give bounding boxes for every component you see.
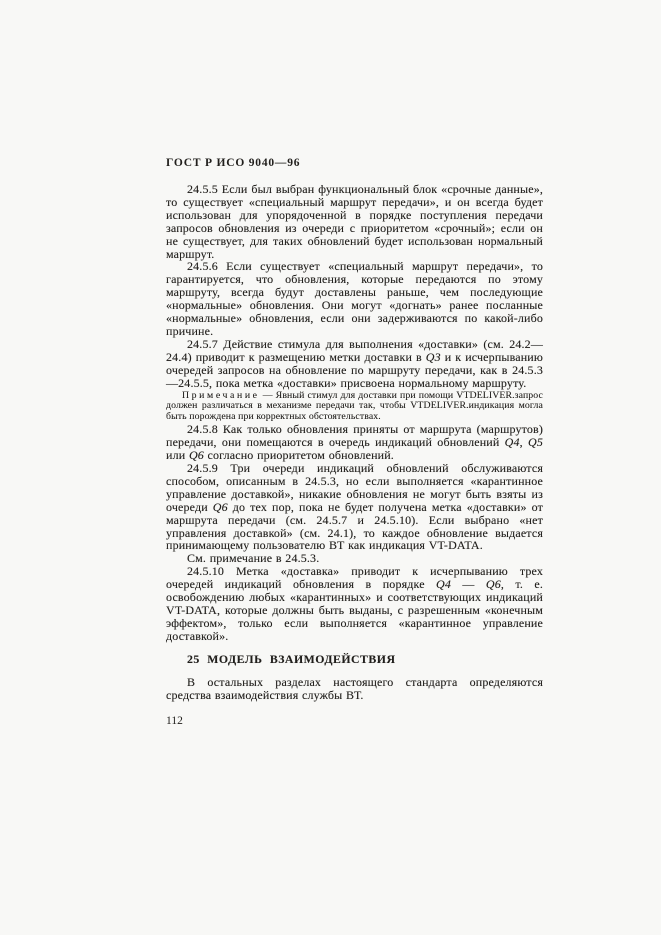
paragraph-24-5-6: 24.5.6 Если существует «специальный марш… — [166, 260, 543, 337]
closing-paragraph: В остальных разделах настоящего стандарт… — [166, 676, 543, 702]
note-label: Примечание — [182, 390, 260, 401]
paragraph-24-5-7: 24.5.7 Действие стимула для выполнения «… — [166, 338, 543, 390]
paragraph-24-5-8: 24.5.8 Как только обновления приняты от … — [166, 423, 543, 462]
document-page: ГОСТ Р ИСО 9040—96 24.5.5 Если был выбра… — [0, 0, 661, 935]
section-heading-25: 25 МОДЕЛЬ ВЗАИМОДЕЙСТВИЯ — [166, 653, 543, 666]
standard-header: ГОСТ Р ИСО 9040—96 — [166, 157, 543, 170]
page-number: 112 — [166, 715, 543, 728]
paragraph-24-5-10: 24.5.10 Метка «доставка» приводит к исче… — [166, 565, 543, 642]
paragraph-24-5-5: 24.5.5 Если был выбран функциональный бл… — [166, 183, 543, 260]
text-column: ГОСТ Р ИСО 9040—96 24.5.5 Если был выбра… — [166, 157, 543, 728]
note-paragraph: Примечание — Явный стимул для доставки п… — [166, 391, 543, 423]
paragraph-24-5-9: 24.5.9 Три очереди индикаций обновлений … — [166, 462, 543, 552]
